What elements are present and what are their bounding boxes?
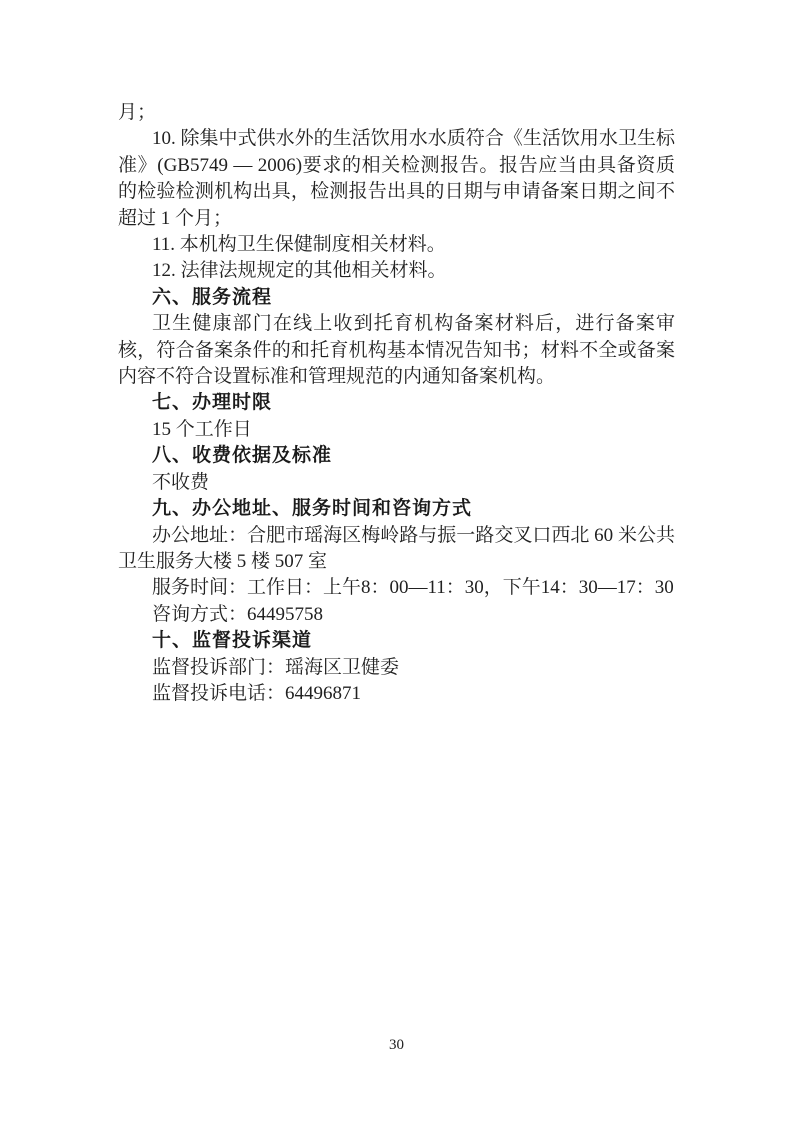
paragraph-continuation: 月；: [118, 100, 675, 126]
page-number: 30: [0, 1037, 793, 1054]
heading-fee-basis: 八、收费依据及标准: [118, 443, 675, 469]
heading-office-info: 九、办公地址、服务时间和咨询方式: [118, 496, 675, 522]
paragraph-processing-time: 15 个工作日: [118, 417, 675, 443]
heading-processing-time: 七、办理时限: [118, 390, 675, 416]
paragraph-service-hours: 服务时间：工作日：上午8：00—11：30，下午14：30—17：30: [118, 575, 675, 601]
list-item-10: 10. 除集中式供水外的生活饮用水水质符合《生活饮用水卫生标准》(GB5749 …: [118, 126, 675, 232]
heading-supervision-channel: 十、监督投诉渠道: [118, 628, 675, 654]
paragraph-complaint-department: 监督投诉部门：瑶海区卫健委: [118, 655, 675, 681]
list-item-11: 11. 本机构卫生保健制度相关材料。: [118, 232, 675, 258]
paragraph-office-address: 办公地址：合肥市瑶海区梅岭路与振一路交叉口西北 60 米公共卫生服务大楼 5 楼…: [118, 523, 675, 576]
heading-service-process: 六、服务流程: [118, 285, 675, 311]
paragraph-fee: 不收费: [118, 470, 675, 496]
document-content: 月； 10. 除集中式供水外的生活饮用水水质符合《生活饮用水卫生标准》(GB57…: [118, 100, 675, 707]
paragraph-complaint-phone: 监督投诉电话：64496871: [118, 681, 675, 707]
paragraph-contact-phone: 咨询方式：64495758: [118, 602, 675, 628]
list-item-12: 12. 法律法规规定的其他相关材料。: [118, 258, 675, 284]
paragraph-service-process: 卫生健康部门在线上收到托育机构备案材料后，进行备案审核，符合备案条件的和托育机构…: [118, 311, 675, 390]
document-page: 月； 10. 除集中式供水外的生活饮用水水质符合《生活饮用水卫生标准》(GB57…: [0, 0, 793, 1122]
